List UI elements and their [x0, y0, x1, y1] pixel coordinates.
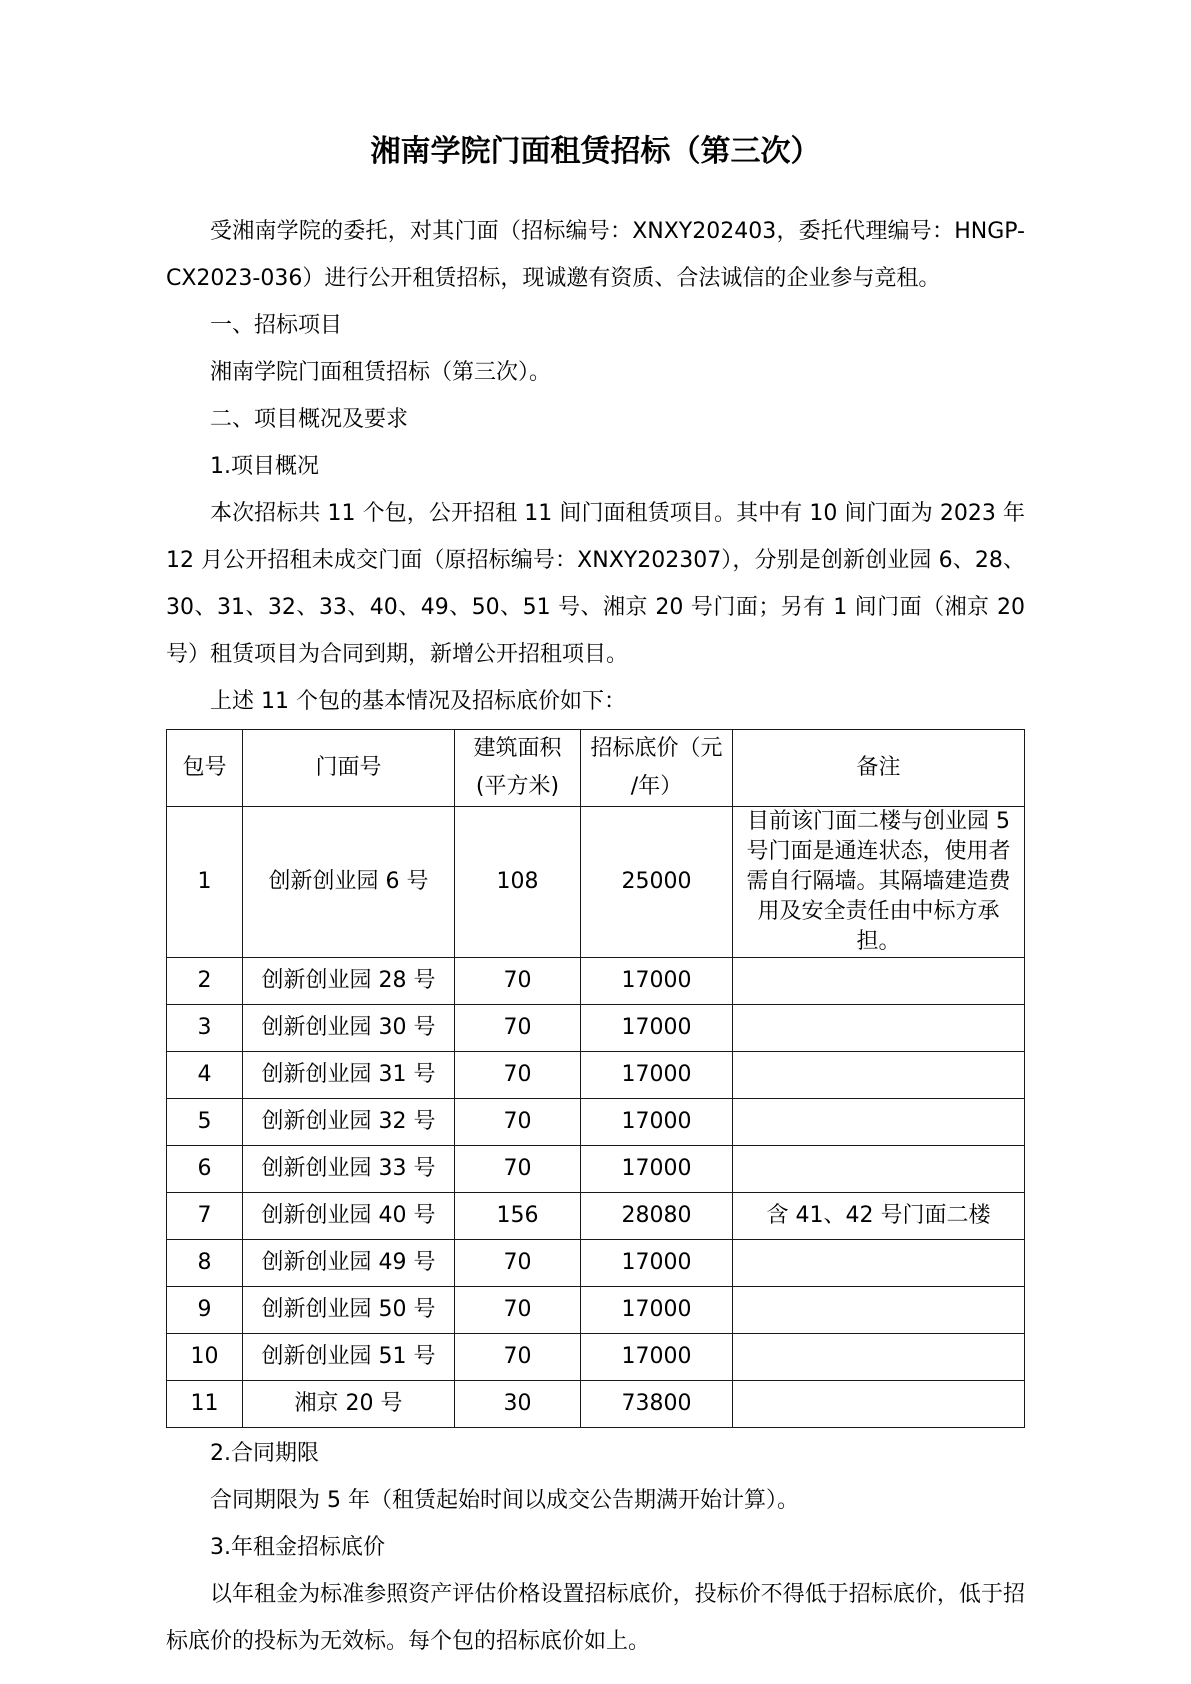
remark-cell [733, 958, 1025, 1005]
package-no-cell: 10 [167, 1334, 243, 1381]
shopfront-cell: 创新创业园 40 号 [243, 1193, 455, 1240]
header-cell-base-price: 招标底价（元 /年） [581, 730, 733, 807]
packages-table: 包号 门面号 建筑面积 (平方米) 招标底价（元 /年） 备注 [166, 729, 1025, 1428]
section-2-heading: 二、项目概况及要求 [166, 396, 1025, 443]
remark-cell [733, 1334, 1025, 1381]
price-cell: 17000 [581, 1005, 733, 1052]
section-1-heading: 一、招标项目 [166, 302, 1025, 349]
package-no-cell: 11 [167, 1381, 243, 1428]
package-no-cell: 4 [167, 1052, 243, 1099]
price-cell: 17000 [581, 958, 733, 1005]
shopfront-cell: 湘京 20 号 [243, 1381, 455, 1428]
remark-cell [733, 1146, 1025, 1193]
remark-cell [733, 1052, 1025, 1099]
shopfront-cell: 创新创业园 49 号 [243, 1240, 455, 1287]
table-intro: 上述 11 个包的基本情况及招标底价如下： [166, 678, 1025, 725]
area-cell: 70 [455, 1099, 581, 1146]
shopfront-cell: 创新创业园 6 号 [243, 807, 455, 958]
header-cell-package-no: 包号 [167, 730, 243, 807]
area-cell: 70 [455, 958, 581, 1005]
package-no-cell: 8 [167, 1240, 243, 1287]
remark-cell [733, 1099, 1025, 1146]
remark-cell [733, 1287, 1025, 1334]
document-page: 湘南学院门面租赁招标（第三次） 受湘南学院的委托，对其门面（招标编号：XNXY2… [0, 0, 1191, 1684]
price-cell: 17000 [581, 1099, 733, 1146]
table-row: 7 创新创业园 40 号 156 28080 含 41、42 号门面二楼 [167, 1193, 1025, 1240]
shopfront-cell: 创新创业园 32 号 [243, 1099, 455, 1146]
area-cell: 70 [455, 1005, 581, 1052]
area-cell: 108 [455, 807, 581, 958]
price-cell: 28080 [581, 1193, 733, 1240]
table-row: 3 创新创业园 30 号 70 17000 [167, 1005, 1025, 1052]
header-cell-remark: 备注 [733, 730, 1025, 807]
doc-title: 湘南学院门面租赁招标（第三次） [166, 128, 1025, 176]
area-cell: 156 [455, 1193, 581, 1240]
subsection-2-3-heading: 3.年租金招标底价 [166, 1524, 1025, 1571]
remark-cell [733, 1381, 1025, 1428]
price-cell: 25000 [581, 807, 733, 958]
subsection-2-1-heading: 1.项目概况 [166, 443, 1025, 490]
subsection-2-1-body: 本次招标共 11 个包，公开招租 11 间门面租赁项目。其中有 10 间门面为 … [166, 490, 1025, 678]
intro-paragraph: 受湘南学院的委托，对其门面（招标编号：XNXY202403，委托代理编号：HNG… [166, 208, 1025, 302]
subsection-2-3-body: 以年租金为标准参照资产评估价格设置招标底价，投标价不得低于招标底价，低于招标底价… [166, 1571, 1025, 1665]
area-cell: 70 [455, 1287, 581, 1334]
table-row: 6 创新创业园 33 号 70 17000 [167, 1146, 1025, 1193]
table-row: 1 创新创业园 6 号 108 25000 目前该门面二楼与创业园 5 号门面是… [167, 807, 1025, 958]
price-cell: 73800 [581, 1381, 733, 1428]
table-row: 8 创新创业园 49 号 70 17000 [167, 1240, 1025, 1287]
shopfront-cell: 创新创业园 28 号 [243, 958, 455, 1005]
area-cell: 30 [455, 1381, 581, 1428]
shopfront-cell: 创新创业园 51 号 [243, 1334, 455, 1381]
remark-cell [733, 1005, 1025, 1052]
package-no-cell: 6 [167, 1146, 243, 1193]
table-row: 5 创新创业园 32 号 70 17000 [167, 1099, 1025, 1146]
package-no-cell: 7 [167, 1193, 243, 1240]
shopfront-cell: 创新创业园 30 号 [243, 1005, 455, 1052]
package-no-cell: 2 [167, 958, 243, 1005]
table-row: 2 创新创业园 28 号 70 17000 [167, 958, 1025, 1005]
shopfront-cell: 创新创业园 50 号 [243, 1287, 455, 1334]
price-cell: 17000 [581, 1287, 733, 1334]
area-cell: 70 [455, 1052, 581, 1099]
remark-cell [733, 1240, 1025, 1287]
area-cell: 70 [455, 1240, 581, 1287]
area-cell: 70 [455, 1334, 581, 1381]
price-cell: 17000 [581, 1334, 733, 1381]
area-cell: 70 [455, 1146, 581, 1193]
remark-cell: 目前该门面二楼与创业园 5 号门面是通连状态，使用者需自行隔墙。其隔墙建造费用及… [733, 807, 1025, 958]
price-cell: 17000 [581, 1146, 733, 1193]
price-cell: 17000 [581, 1240, 733, 1287]
shopfront-cell: 创新创业园 31 号 [243, 1052, 455, 1099]
remark-cell: 含 41、42 号门面二楼 [733, 1193, 1025, 1240]
table-row: 9 创新创业园 50 号 70 17000 [167, 1287, 1025, 1334]
price-cell: 17000 [581, 1052, 733, 1099]
header-cell-area: 建筑面积 (平方米) [455, 730, 581, 807]
package-no-cell: 3 [167, 1005, 243, 1052]
table-row: 4 创新创业园 31 号 70 17000 [167, 1052, 1025, 1099]
package-no-cell: 1 [167, 807, 243, 958]
subsection-2-2-body: 合同期限为 5 年（租赁起始时间以成交公告期满开始计算）。 [166, 1477, 1025, 1524]
header-cell-shopfront-no: 门面号 [243, 730, 455, 807]
package-no-cell: 9 [167, 1287, 243, 1334]
table-row: 10 创新创业园 51 号 70 17000 [167, 1334, 1025, 1381]
table-row: 11 湘京 20 号 30 73800 [167, 1381, 1025, 1428]
package-no-cell: 5 [167, 1099, 243, 1146]
table-header-row: 包号 门面号 建筑面积 (平方米) 招标底价（元 /年） 备注 [167, 730, 1025, 807]
section-1-body: 湘南学院门面租赁招标（第三次）。 [166, 349, 1025, 396]
subsection-2-2-heading: 2.合同期限 [166, 1430, 1025, 1477]
shopfront-cell: 创新创业园 33 号 [243, 1146, 455, 1193]
